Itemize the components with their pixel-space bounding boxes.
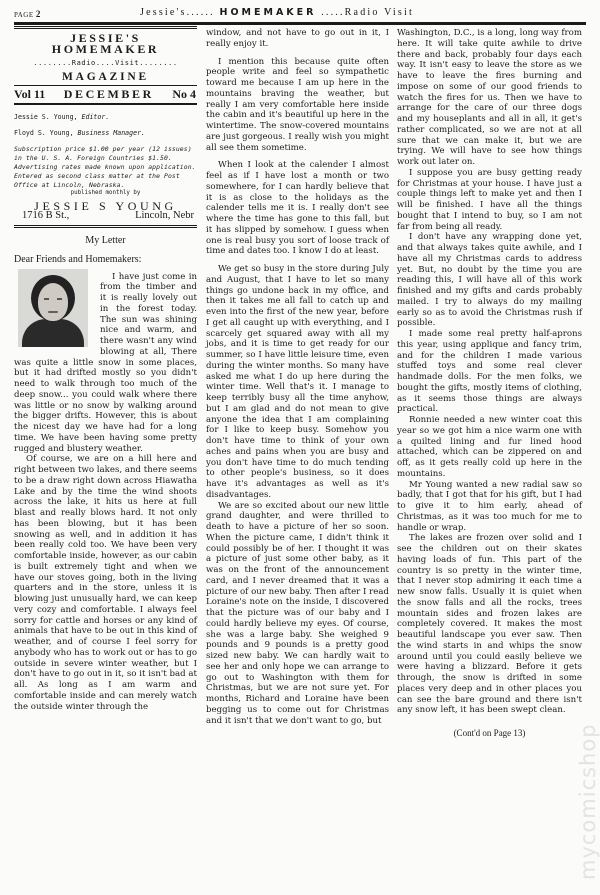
paragraph: Of course, we are on a hill here and rig… bbox=[14, 454, 197, 712]
page-number: PAGE 2 bbox=[14, 9, 41, 19]
volume: Vol 11 bbox=[14, 89, 45, 100]
salutation: Dear Friends and Homemakers: bbox=[14, 255, 197, 266]
publisher-city: Lincoln, Nebr bbox=[135, 211, 194, 222]
portrait-photo-icon bbox=[18, 269, 92, 351]
masthead-magazine-label: MAGAZINE bbox=[14, 72, 197, 86]
advertising-info: Advertising rates made known upon applic… bbox=[14, 163, 197, 172]
paragraph: I suppose you are busy getting ready for… bbox=[397, 168, 582, 233]
paragraph: We are so excited about our new little g… bbox=[206, 501, 389, 727]
paragraph: We get so busy in the store during July … bbox=[206, 264, 389, 501]
staff-listing: Jessie S. Young, Editor. Floyd S. Young,… bbox=[14, 113, 197, 138]
column-2: window, and not have to go out in it, I … bbox=[206, 22, 389, 726]
letter-heading: My Letter bbox=[14, 236, 197, 247]
issue-month: DECEMBER bbox=[64, 89, 154, 100]
issue-line: Vol 11 DECEMBER No 4 bbox=[14, 86, 197, 105]
issue-number: No 4 bbox=[172, 89, 196, 100]
editor-role: Editor. bbox=[82, 113, 110, 121]
paragraph: When I look at the calender I almost fee… bbox=[206, 160, 389, 257]
column-3: Washington, D.C., is a long, long way fr… bbox=[397, 22, 582, 739]
running-title: Jessie's...... HOMEMAKER .....Radio Visi… bbox=[140, 7, 414, 18]
subscription-info: Subscription price $1.00 per year (12 is… bbox=[14, 145, 197, 163]
continued-note: (Cont'd on Page 13) bbox=[397, 728, 582, 739]
paragraph: I don't have any wrapping done yet, and … bbox=[397, 232, 582, 329]
column-1: JESSIE'S HOMEMAKER ........Radio....Visi… bbox=[14, 26, 197, 712]
manager-name: Floyd S. Young, bbox=[14, 129, 74, 137]
paragraph: Washington, D.C., is a long, long way fr… bbox=[397, 28, 582, 168]
paragraph: I made some real pretty half-aprons this… bbox=[397, 329, 582, 415]
paragraph: The lakes are frozen over solid and I se… bbox=[397, 533, 582, 716]
paragraph: Ronnie needed a new winter coat this yea… bbox=[397, 415, 582, 480]
publisher-street: 1716 B St., bbox=[22, 211, 69, 222]
masthead-title: JESSIE'S HOMEMAKER bbox=[14, 33, 197, 55]
watermark: mycomicshop bbox=[576, 640, 596, 880]
paragraph: I mention this because quite often peopl… bbox=[206, 57, 389, 154]
paragraph: Mr Young wanted a new radial saw so badl… bbox=[397, 480, 582, 534]
manager-role: Business Manager. bbox=[78, 129, 146, 137]
masthead-subtitle: ........Radio....Visit........ bbox=[14, 58, 197, 69]
paragraph: window, and not have to go out in it, I … bbox=[206, 28, 389, 50]
publisher-address: 1716 B St., Lincoln, Nebr bbox=[14, 211, 197, 228]
masthead: JESSIE'S HOMEMAKER ........Radio....Visi… bbox=[14, 26, 197, 105]
magazine-page: PAGE 2 Jessie's...... HOMEMAKER .....Rad… bbox=[0, 0, 600, 895]
editor-name: Jessie S. Young, bbox=[14, 113, 78, 121]
